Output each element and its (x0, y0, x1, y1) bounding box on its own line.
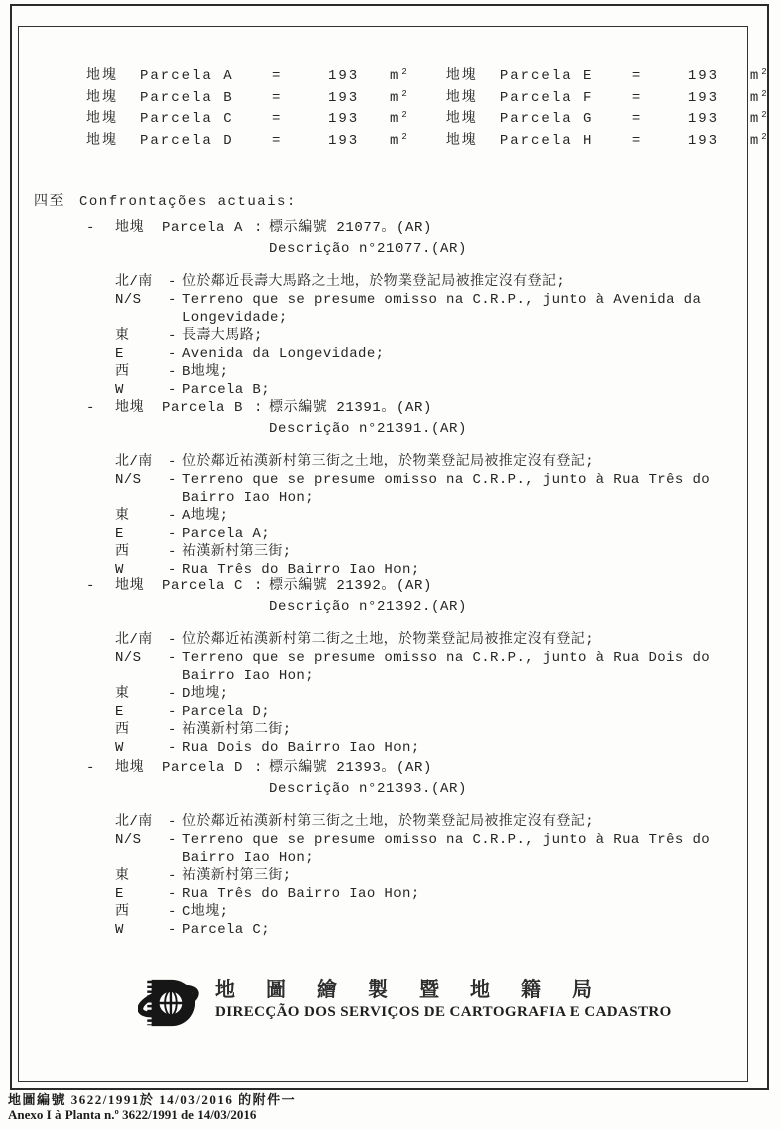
parcel-name: Parcela E (500, 68, 618, 84)
parcel-area-value: 193 (328, 133, 364, 149)
parcel-cjk-label: 地塊 (86, 64, 134, 84)
parcel-areas-table: 地塊 Parcela A = 193 m2 地塊 Parcela B = 193… (86, 64, 766, 150)
section-cjk-label: 地塊 (115, 758, 162, 800)
confrontacoes-text: Confrontações actuais: (79, 194, 297, 210)
boundary-row: 西 - C地塊; (115, 903, 736, 921)
section-parcel-name: Parcela D (162, 758, 248, 800)
table-row: 地塊 Parcela A = 193 m2 (86, 64, 406, 86)
unit-exponent: 2 (761, 110, 766, 120)
boundary-text: A地塊; (182, 507, 722, 525)
unit-exponent: 2 (761, 67, 766, 77)
boundary-text: 位於鄰近祐漢新村第三街之土地，於物業登記局被推定沒有登記; (182, 453, 722, 471)
boundary-direction: N/S (115, 471, 168, 507)
boundary-dash: - (168, 649, 182, 685)
section-references: 標示編號 21392。(AR) Descrição n°21392.(AR) (269, 576, 467, 618)
reference-number-cjk: 標示編號 21393。(AR) (269, 758, 467, 779)
boundary-text: 祐漢新村第三街; (182, 543, 722, 561)
boundary-row: W - Parcela B; (115, 381, 736, 399)
section-cjk-label: 地塊 (115, 398, 162, 440)
parcel-cjk-label: 地塊 (446, 107, 494, 127)
confrontacoes-cjk-label: 四至 (34, 190, 65, 210)
boundary-text: Parcela D; (182, 703, 722, 721)
boundary-direction: W (115, 921, 168, 939)
table-row: 地塊 Parcela H = 193 m2 (446, 129, 766, 151)
equals-sign: = (272, 68, 286, 84)
section-parcel-name: Parcela B (162, 398, 248, 440)
unit-exponent: 2 (401, 132, 406, 142)
boundary-row: W - Parcela C; (115, 921, 736, 939)
section-colon: : (248, 758, 269, 800)
boundaries-list: 北/南 - 位於鄰近祐漢新村第二街之土地，於物業登記局被推定沒有登記; N/S … (115, 631, 736, 757)
boundary-row: 北/南 - 位於鄰近祐漢新村第二街之土地，於物業登記局被推定沒有登記; (115, 631, 736, 649)
boundary-dash: - (168, 291, 182, 327)
parcel-areas-right-column: 地塊 Parcela E = 193 m2 地塊 Parcela F = 193… (446, 64, 766, 150)
unit-exponent: 2 (761, 89, 766, 99)
reference-number-cjk: 標示編號 21077。(AR) (269, 218, 467, 239)
boundary-text: Terreno que se presume omisso na C.R.P.,… (182, 291, 722, 327)
plan-annex-note-pt: Anexo I à Planta n.º 3622/1991 de 14/03/… (8, 1107, 296, 1122)
equals-sign: = (632, 133, 646, 149)
boundary-text: 位於鄰近祐漢新村第三街之土地，於物業登記局被推定沒有登記; (182, 813, 722, 831)
boundary-text: Avenida da Longevidade; (182, 345, 722, 363)
boundary-row: E - Parcela A; (115, 525, 736, 543)
boundary-dash: - (168, 831, 182, 867)
reference-number-pt: Descrição n°21391.(AR) (269, 419, 467, 440)
parcel-area-unit: m2 (390, 90, 406, 106)
parcel-name: Parcela H (500, 133, 618, 149)
unit-exponent: 2 (401, 67, 406, 77)
boundary-dash: - (168, 721, 182, 739)
boundary-text: 位於鄰近長壽大馬路之土地，於物業登記局被推定沒有登記; (182, 273, 722, 291)
boundary-direction: 東 (115, 867, 168, 885)
boundary-row: 東 - A地塊; (115, 507, 736, 525)
boundary-text: 長壽大馬路; (182, 327, 722, 345)
section-parcela-b: - 地塊 Parcela B : 標示編號 21391。(AR) Descriç… (86, 398, 736, 579)
parcel-name: Parcela C (140, 111, 258, 127)
agency-name-pt: DIRECÇÃO DOS SERVIÇOS DE CARTOGRAFIA E C… (215, 1004, 672, 1021)
section-colon: : (248, 576, 269, 618)
parcel-cjk-label: 地塊 (86, 129, 134, 149)
parcel-area-unit: m2 (750, 111, 766, 127)
boundary-row: E - Rua Três do Bairro Iao Hon; (115, 885, 736, 903)
boundary-direction: 西 (115, 543, 168, 561)
section-bullet: - (86, 218, 115, 260)
unit-base: m (390, 90, 400, 106)
boundary-dash: - (168, 363, 182, 381)
equals-sign: = (632, 111, 646, 127)
equals-sign: = (272, 111, 286, 127)
boundary-row: 東 - 祐漢新村第三街; (115, 867, 736, 885)
boundary-direction: E (115, 703, 168, 721)
boundary-dash: - (168, 685, 182, 703)
boundary-text: Parcela A; (182, 525, 722, 543)
parcel-cjk-label: 地塊 (446, 64, 494, 84)
boundary-text: Terreno que se presume omisso na C.R.P.,… (182, 831, 722, 867)
boundary-row: 北/南 - 位於鄰近祐漢新村第三街之土地，於物業登記局被推定沒有登記; (115, 813, 736, 831)
boundary-text: Parcela B; (182, 381, 722, 399)
parcel-areas-left-column: 地塊 Parcela A = 193 m2 地塊 Parcela B = 193… (86, 64, 406, 150)
parcel-area-value: 193 (688, 68, 724, 84)
boundary-direction: N/S (115, 649, 168, 685)
section-header: - 地塊 Parcela D : 標示編號 21393。(AR) Descriç… (86, 758, 736, 800)
scanned-cadastral-document: 地塊 Parcela A = 193 m2 地塊 Parcela B = 193… (0, 0, 781, 1130)
section-bullet: - (86, 576, 115, 618)
equals-sign: = (632, 68, 646, 84)
boundary-direction: 西 (115, 721, 168, 739)
boundary-dash: - (168, 813, 182, 831)
boundary-dash: - (168, 903, 182, 921)
boundary-direction: 北/南 (115, 813, 168, 831)
reference-number-pt: Descrição n°21392.(AR) (269, 597, 467, 618)
boundary-row: E - Parcela D; (115, 703, 736, 721)
boundary-direction: 北/南 (115, 453, 168, 471)
boundary-text: Terreno que se presume omisso na C.R.P.,… (182, 471, 722, 507)
section-header: - 地塊 Parcela B : 標示編號 21391。(AR) Descriç… (86, 398, 736, 440)
plan-annex-note: 地圖編號 3622/1991於 14/03/2016 的附件一 Anexo I … (8, 1092, 296, 1122)
boundary-row: 北/南 - 位於鄰近長壽大馬路之土地，於物業登記局被推定沒有登記; (115, 273, 736, 291)
boundary-text: Parcela C; (182, 921, 722, 939)
boundary-dash: - (168, 885, 182, 903)
boundary-row: 北/南 - 位於鄰近祐漢新村第三街之土地，於物業登記局被推定沒有登記; (115, 453, 736, 471)
boundary-text: D地塊; (182, 685, 722, 703)
unit-base: m (390, 68, 400, 84)
boundary-dash: - (168, 739, 182, 757)
parcel-area-value: 193 (688, 90, 724, 106)
boundary-direction: 東 (115, 507, 168, 525)
section-references: 標示編號 21393。(AR) Descrição n°21393.(AR) (269, 758, 467, 800)
boundaries-list: 北/南 - 位於鄰近祐漢新村第三街之土地，於物業登記局被推定沒有登記; N/S … (115, 453, 736, 579)
section-parcela-d: - 地塊 Parcela D : 標示編號 21393。(AR) Descriç… (86, 758, 736, 939)
parcel-name: Parcela A (140, 68, 258, 84)
boundary-direction: E (115, 525, 168, 543)
boundary-direction: 北/南 (115, 273, 168, 291)
boundary-row: N/S - Terreno que se presume omisso na C… (115, 649, 736, 685)
boundary-direction: W (115, 739, 168, 757)
boundary-dash: - (168, 507, 182, 525)
table-row: 地塊 Parcela F = 193 m2 (446, 86, 766, 108)
parcel-name: Parcela D (140, 133, 258, 149)
section-colon: : (248, 218, 269, 260)
section-references: 標示編號 21077。(AR) Descrição n°21077.(AR) (269, 218, 467, 260)
parcel-area-value: 193 (688, 133, 724, 149)
boundary-direction: N/S (115, 291, 168, 327)
confrontacoes-heading: 四至 Confrontações actuais: (34, 190, 297, 210)
boundary-direction: 西 (115, 363, 168, 381)
table-row: 地塊 Parcela C = 193 m2 (86, 107, 406, 129)
table-row: 地塊 Parcela G = 193 m2 (446, 107, 766, 129)
parcel-cjk-label: 地塊 (446, 129, 494, 149)
boundary-row: 東 - 長壽大馬路; (115, 327, 736, 345)
equals-sign: = (632, 90, 646, 106)
parcel-area-unit: m2 (750, 90, 766, 106)
parcel-area-unit: m2 (390, 133, 406, 149)
boundary-dash: - (168, 345, 182, 363)
agency-name-cjk: 地圖繪製暨地籍局 (215, 978, 672, 1002)
boundary-text: Rua Três do Bairro Iao Hon; (182, 885, 722, 903)
boundary-row: N/S - Terreno que se presume omisso na C… (115, 291, 736, 327)
table-row: 地塊 Parcela E = 193 m2 (446, 64, 766, 86)
unit-base: m (390, 133, 400, 149)
unit-base: m (390, 111, 400, 127)
section-colon: : (248, 398, 269, 440)
unit-exponent: 2 (761, 132, 766, 142)
section-bullet: - (86, 398, 115, 440)
section-parcel-name: Parcela C (162, 576, 248, 618)
parcel-area-unit: m2 (750, 68, 766, 84)
section-parcela-c: - 地塊 Parcela C : 標示編號 21392。(AR) Descriç… (86, 576, 736, 757)
boundary-row: 西 - B地塊; (115, 363, 736, 381)
reference-number-cjk: 標示編號 21391。(AR) (269, 398, 467, 419)
boundary-direction: 東 (115, 685, 168, 703)
section-cjk-label: 地塊 (115, 218, 162, 260)
boundary-row: E - Avenida da Longevidade; (115, 345, 736, 363)
section-references: 標示編號 21391。(AR) Descrição n°21391.(AR) (269, 398, 467, 440)
boundary-row: W - Rua Dois do Bairro Iao Hon; (115, 739, 736, 757)
reference-number-pt: Descrição n°21077.(AR) (269, 239, 467, 260)
parcel-area-value: 193 (688, 111, 724, 127)
dscc-globe-logo-icon (138, 975, 200, 1031)
agency-footer: 地圖繪製暨地籍局 DIRECÇÃO DOS SERVIÇOS DE CARTOG… (138, 975, 672, 1031)
agency-name-block: 地圖繪製暨地籍局 DIRECÇÃO DOS SERVIÇOS DE CARTOG… (215, 975, 672, 1021)
section-cjk-label: 地塊 (115, 576, 162, 618)
boundary-direction: 西 (115, 903, 168, 921)
parcel-area-unit: m2 (750, 133, 766, 149)
unit-base: m (750, 133, 760, 149)
boundary-direction: E (115, 345, 168, 363)
table-row: 地塊 Parcela D = 193 m2 (86, 129, 406, 151)
boundaries-list: 北/南 - 位於鄰近祐漢新村第三街之土地，於物業登記局被推定沒有登記; N/S … (115, 813, 736, 939)
boundary-text: 祐漢新村第三街; (182, 867, 722, 885)
boundary-dash: - (168, 471, 182, 507)
boundary-dash: - (168, 453, 182, 471)
unit-exponent: 2 (401, 89, 406, 99)
boundary-row: 東 - D地塊; (115, 685, 736, 703)
boundary-dash: - (168, 525, 182, 543)
boundary-dash: - (168, 543, 182, 561)
boundary-row: N/S - Terreno que se presume omisso na C… (115, 831, 736, 867)
plan-annex-note-cjk: 地圖編號 3622/1991於 14/03/2016 的附件一 (8, 1092, 296, 1107)
parcel-name: Parcela B (140, 90, 258, 106)
parcel-area-value: 193 (328, 68, 364, 84)
parcel-area-unit: m2 (390, 68, 406, 84)
section-parcela-a: - 地塊 Parcela A : 標示編號 21077。(AR) Descriç… (86, 218, 736, 399)
section-bullet: - (86, 758, 115, 800)
boundary-dash: - (168, 631, 182, 649)
boundary-direction: E (115, 885, 168, 903)
parcel-cjk-label: 地塊 (86, 107, 134, 127)
parcel-area-value: 193 (328, 111, 364, 127)
boundary-direction: N/S (115, 831, 168, 867)
boundary-row: 西 - 祐漢新村第三街; (115, 543, 736, 561)
section-header: - 地塊 Parcela A : 標示編號 21077。(AR) Descriç… (86, 218, 736, 260)
boundary-dash: - (168, 327, 182, 345)
unit-exponent: 2 (401, 110, 406, 120)
boundary-row: N/S - Terreno que se presume omisso na C… (115, 471, 736, 507)
table-row: 地塊 Parcela B = 193 m2 (86, 86, 406, 108)
boundary-dash: - (168, 703, 182, 721)
boundary-text: 位於鄰近祐漢新村第二街之土地，於物業登記局被推定沒有登記; (182, 631, 722, 649)
boundary-direction: 北/南 (115, 631, 168, 649)
boundary-row: 西 - 祐漢新村第二街; (115, 721, 736, 739)
section-header: - 地塊 Parcela C : 標示編號 21392。(AR) Descriç… (86, 576, 736, 618)
reference-number-cjk: 標示編號 21392。(AR) (269, 576, 467, 597)
boundary-text: Terreno que se presume omisso na C.R.P.,… (182, 649, 722, 685)
boundary-text: Rua Dois do Bairro Iao Hon; (182, 739, 722, 757)
unit-base: m (750, 111, 760, 127)
parcel-name: Parcela F (500, 90, 618, 106)
equals-sign: = (272, 133, 286, 149)
parcel-cjk-label: 地塊 (446, 86, 494, 106)
boundary-dash: - (168, 867, 182, 885)
section-parcel-name: Parcela A (162, 218, 248, 260)
boundary-dash: - (168, 273, 182, 291)
boundary-direction: 東 (115, 327, 168, 345)
parcel-name: Parcela G (500, 111, 618, 127)
unit-base: m (750, 68, 760, 84)
parcel-area-unit: m2 (390, 111, 406, 127)
boundary-dash: - (168, 381, 182, 399)
reference-number-pt: Descrição n°21393.(AR) (269, 779, 467, 800)
boundary-text: B地塊; (182, 363, 722, 381)
boundary-dash: - (168, 921, 182, 939)
boundary-text: C地塊; (182, 903, 722, 921)
equals-sign: = (272, 90, 286, 106)
unit-base: m (750, 90, 760, 106)
boundaries-list: 北/南 - 位於鄰近長壽大馬路之土地，於物業登記局被推定沒有登記; N/S - … (115, 273, 736, 399)
boundary-direction: W (115, 381, 168, 399)
boundary-text: 祐漢新村第二街; (182, 721, 722, 739)
parcel-area-value: 193 (328, 90, 364, 106)
parcel-cjk-label: 地塊 (86, 86, 134, 106)
